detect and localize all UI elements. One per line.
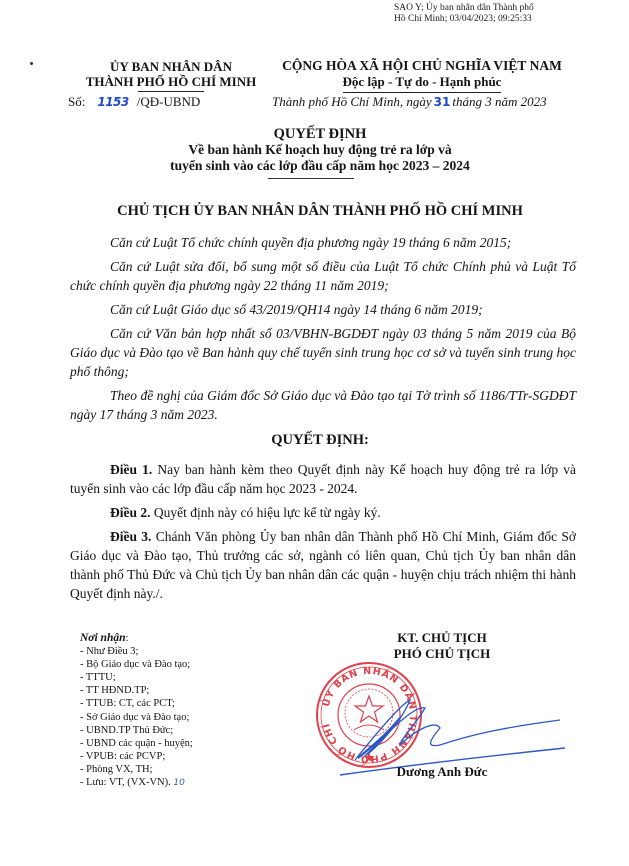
document-number: Số:1153/QĐ-UBND (68, 94, 200, 110)
recipient-item: - VPUB: các PCVP; (80, 750, 193, 763)
recipient-item: - UBND.TP Thủ Đức; (80, 724, 193, 737)
national-motto: Độc lập - Tự do - Hạnh phúc (343, 74, 502, 93)
recipient-item: - Như Điều 3; (80, 645, 193, 658)
issuer-line1: ỦY BAN NHÂN DÂN (60, 59, 282, 74)
copy-stamp-line2: Hồ Chí Minh; 03/04/2023; 09:25:33 (394, 14, 534, 25)
signature-title: KT. CHỦ TỊCH PHÓ CHỦ TỊCH (372, 630, 512, 662)
doc-type: QUYẾT ĐỊNH (60, 126, 580, 142)
article-text: Quyết định này có hiệu lực kể từ ngày ký… (154, 505, 381, 520)
place-date-suffix: tháng 3 năm 2023 (452, 94, 546, 109)
recipient-item: - Sở Giáo dục và Đào tạo; (80, 711, 193, 724)
scan-dot (30, 62, 33, 65)
subject-line2: tuyển sinh vào các lớp đầu cấp năm học 2… (60, 158, 580, 174)
article-1: Điều 1. Nay ban hành kèm theo Quyết định… (70, 460, 576, 498)
recipient-item: - UBND các quận - huyện; (80, 737, 193, 750)
title-divider (268, 178, 354, 179)
country-name: CỘNG HÒA XÃ HỘI CHỦ NGHĨA VIỆT NAM (272, 58, 572, 74)
number-prefix: Số: (68, 94, 85, 109)
recipients-label: Nơi nhận (80, 632, 125, 644)
issuer-line2: THÀNH PHỐ HỒ CHÍ MINH (86, 74, 256, 89)
subject-line1: Về ban hành Kế hoạch huy động trẻ ra lớp… (60, 142, 580, 158)
legal-basis: Căn cứ Luật sửa đổi, bổ sung một số điều… (70, 257, 576, 295)
place-date: Thành phố Hồ Chí Minh, ngày31tháng 3 năm… (272, 94, 547, 110)
copy-stamp-line1: SAO Y; Ủy ban nhân dân Thành phố (394, 3, 534, 14)
articles: Điều 1. Nay ban hành kèm theo Quyết định… (70, 460, 576, 608)
recipient-item: - TT HĐND.TP; (80, 684, 193, 697)
legal-bases: Căn cứ Luật Tổ chức chính quyền địa phươ… (70, 233, 576, 429)
sig-title-line1: KT. CHỦ TỊCH (372, 630, 512, 646)
issuer-header: ỦY BAN NHÂN DÂN THÀNH PHỐ HỒ CHÍ MINH (60, 59, 282, 89)
article-label: Điều 2. (110, 505, 151, 520)
number-suffix: /QĐ-UBND (137, 94, 201, 109)
handwritten-number: 1153 (97, 95, 128, 109)
recipients-list: Nơi nhận: - Như Điều 3; - Bộ Giáo dục và… (80, 632, 193, 790)
article-2: Điều 2. Quyết định này có hiệu lực kể từ… (70, 503, 576, 522)
article-3: Điều 3. Chánh Văn phòng Ủy ban nhân dân … (70, 527, 576, 603)
article-label: Điều 1. (110, 462, 152, 477)
recipient-item: - Phòng VX, TH; (80, 763, 193, 776)
legal-basis: Căn cứ Luật Giáo dục số 43/2019/QH14 ngà… (70, 300, 576, 319)
decision-heading: QUYẾT ĐỊNH: (60, 432, 580, 449)
recipient-item: - TTTU; (80, 671, 193, 684)
legal-basis: Căn cứ Văn bản hợp nhất số 03/VBHN-BGDĐT… (70, 324, 576, 381)
recipient-item: - Lưu: VT, (VX-VN). (80, 777, 171, 788)
signer-name: Dương Anh Đức (372, 764, 512, 780)
legal-basis: Căn cứ Luật Tổ chức chính quyền địa phươ… (70, 233, 576, 252)
document-title: QUYẾT ĐỊNH Về ban hành Kế hoạch huy động… (60, 126, 580, 174)
recipient-item: - Bộ Giáo dục và Đào tạo; (80, 658, 193, 671)
article-label: Điều 3. (110, 529, 151, 544)
digital-copy-stamp: SAO Y; Ủy ban nhân dân Thành phố Hồ Chí … (394, 3, 534, 25)
recipient-item: - TTUB: CT, các PCT; (80, 697, 193, 710)
legal-basis: Theo đề nghị của Giám đốc Sở Giáo dục và… (70, 386, 576, 424)
handwritten-day: 31 (434, 95, 451, 109)
national-header: CỘNG HÒA XÃ HỘI CHỦ NGHĨA VIỆT NAM Độc l… (272, 58, 572, 93)
place-date-prefix: Thành phố Hồ Chí Minh, ngày (272, 94, 432, 109)
handwritten-copies: 10 (173, 778, 184, 788)
issuing-authority: CHỦ TỊCH ỦY BAN NHÂN DÂN THÀNH PHỐ HỒ CH… (60, 203, 580, 220)
